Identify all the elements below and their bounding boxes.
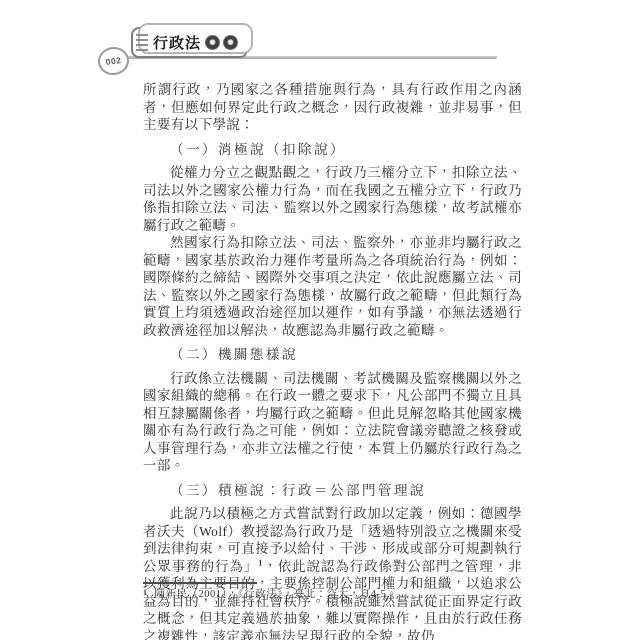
badge-circle-icon xyxy=(206,36,219,49)
section-heading-1: （一）消極說（扣除說） xyxy=(143,141,522,159)
main-text: 所謂行政，乃國家之各種措施與行為，具有行政作用之內涵者，但應如何界定此行政之概念… xyxy=(143,81,522,640)
badge-circle-icon xyxy=(224,36,237,49)
paragraph: 然國家行為扣除立法、司法、監察外，亦並非均屬行政之範疇，國家基於政治力運作考量所… xyxy=(143,234,522,339)
footnote: 1 陳新民（2001），《行政法》，臺北：空大，頁4-5。 xyxy=(143,588,522,602)
page-number-badge: 002 xyxy=(96,45,131,77)
section-heading-3: （三）積極說：行政＝公部門管理說 xyxy=(143,482,522,500)
footnote-divider xyxy=(143,582,257,584)
footnote-area: 1 陳新民（2001），《行政法》，臺北：空大，頁4-5。 xyxy=(143,582,522,602)
page-number: 002 xyxy=(105,55,122,67)
footnote-text: 陳新民（2001），《行政法》，臺北：空大，頁4-5。 xyxy=(155,588,398,602)
book-page: { "header": { "book_title": "行政法", "page… xyxy=(0,0,640,640)
paragraph: 行政係立法機關、司法機關、考試機關及監察機關以外之國家組織的總稱。在行政一體之要… xyxy=(143,370,522,475)
footnote-marker: 1 xyxy=(143,587,148,599)
paragraph: 此說乃以積極之方式嘗試對行政加以定義，例如：德國學者沃夫（Wolf）教授認為行政… xyxy=(143,505,522,640)
paragraph: 從權力分立之觀點觀之，行政乃三權分立下，扣除立法、司法以外之國家公權力行為，而在… xyxy=(143,164,522,234)
brand-tab: 行政法 xyxy=(131,27,248,58)
stripes-icon xyxy=(136,34,148,52)
paragraph: 所謂行政，乃國家之各種措施與行為，具有行政作用之內涵者，但應如何界定此行政之概念… xyxy=(143,81,522,134)
section-heading-2: （二）機關態樣說 xyxy=(143,346,522,364)
book-title: 行政法 xyxy=(153,32,201,53)
